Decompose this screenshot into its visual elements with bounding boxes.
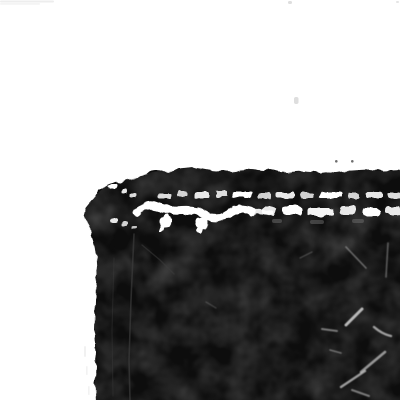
dust-speck xyxy=(351,160,354,163)
dust-speck xyxy=(335,160,338,163)
dust-speck xyxy=(396,1,399,3)
smudge-line xyxy=(0,1,54,3)
photo-canvas xyxy=(0,0,400,400)
highlight-dash xyxy=(386,207,400,215)
highlight-dash xyxy=(216,190,228,197)
underband-mark xyxy=(310,220,324,224)
highlight-dash xyxy=(276,192,294,198)
highlight-dash xyxy=(178,191,188,197)
smudge-line xyxy=(84,346,86,357)
underband-mark xyxy=(352,219,364,223)
highlight-dash xyxy=(366,192,382,198)
highlight-dash xyxy=(388,193,400,198)
underband-mark xyxy=(272,219,282,223)
highlight-dash xyxy=(340,206,356,215)
highlight-dash xyxy=(258,193,270,199)
highlight-speck xyxy=(130,194,136,198)
highlight-dash xyxy=(282,206,302,215)
highlight-dash xyxy=(262,207,276,215)
highlight-dash xyxy=(158,193,172,198)
highlight-dash xyxy=(300,193,314,198)
highlight-dash xyxy=(194,192,210,198)
highlight-speck xyxy=(121,189,128,193)
highlight-speck xyxy=(132,226,137,229)
dust-speck xyxy=(288,1,292,4)
smudge-line xyxy=(0,3,40,4)
highlight-dash xyxy=(362,208,380,216)
photograph xyxy=(0,0,400,400)
dust-speck xyxy=(294,97,299,104)
smudge-line xyxy=(86,366,88,375)
highlight-speck xyxy=(122,222,128,226)
highlight-dash xyxy=(320,192,342,198)
highlight-dash xyxy=(348,193,360,199)
block-texture xyxy=(80,158,400,400)
smudge-line xyxy=(88,386,90,395)
highlight-dash xyxy=(232,192,252,198)
highlight-speck xyxy=(110,218,118,223)
highlight-dash xyxy=(308,208,334,216)
